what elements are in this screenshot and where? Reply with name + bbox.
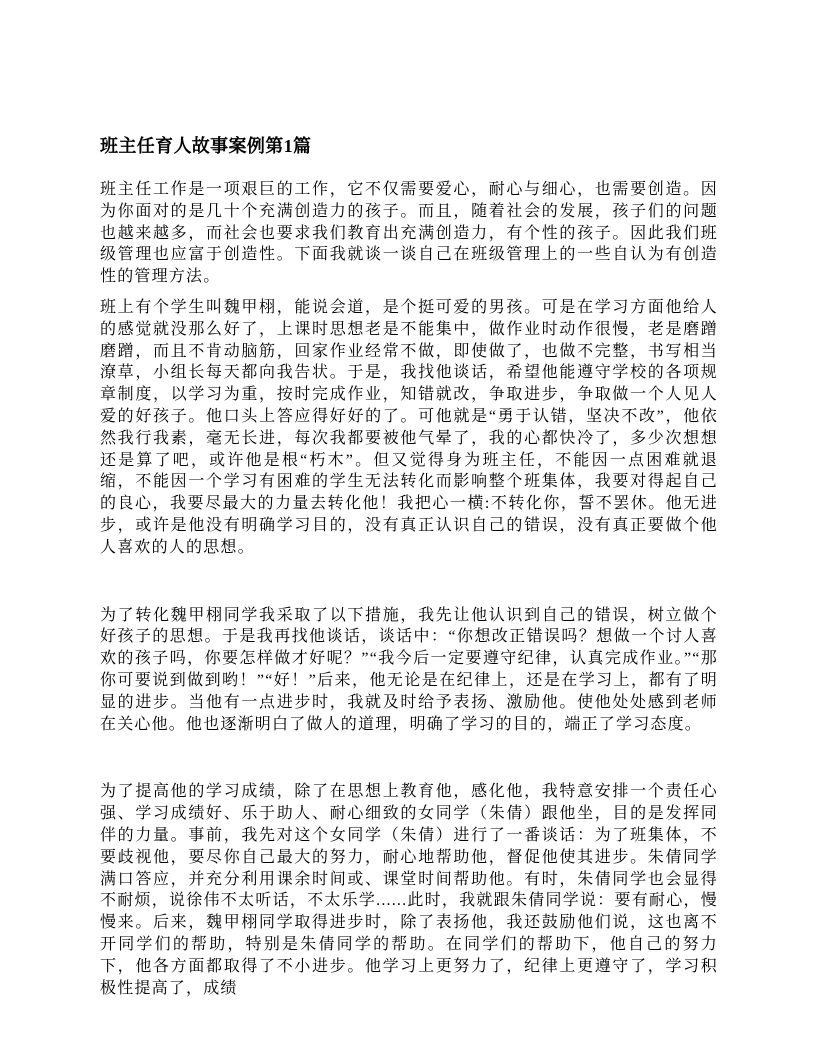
paragraph-student-problem: 班上有个学生叫魏甲栩，能说会道，是个挺可爱的男孩。可是在学习方面他给人的感觉就没… [100,297,718,559]
document-page: 班主任育人故事案例第1篇 班主任工作是一项艰巨的工作，它不仅需要爱心，耐心与细心… [0,0,816,1056]
paragraph-intro: 班主任工作是一项艰巨的工作，它不仅需要爱心，耐心与细心，也需要创造。因为你面对的… [100,179,718,288]
paragraph-peer-help: 为了提高他的学习成绩，除了在思想上教育他，感化他，我特意安排一个责任心强、学习成… [100,781,718,999]
paragraph-transformation-measures: 为了转化魏甲栩同学我采取了以下措施，我先让他认识到自己的错误，树立做个好孩子的思… [100,605,718,736]
document-title: 班主任育人故事案例第1篇 [100,134,718,158]
